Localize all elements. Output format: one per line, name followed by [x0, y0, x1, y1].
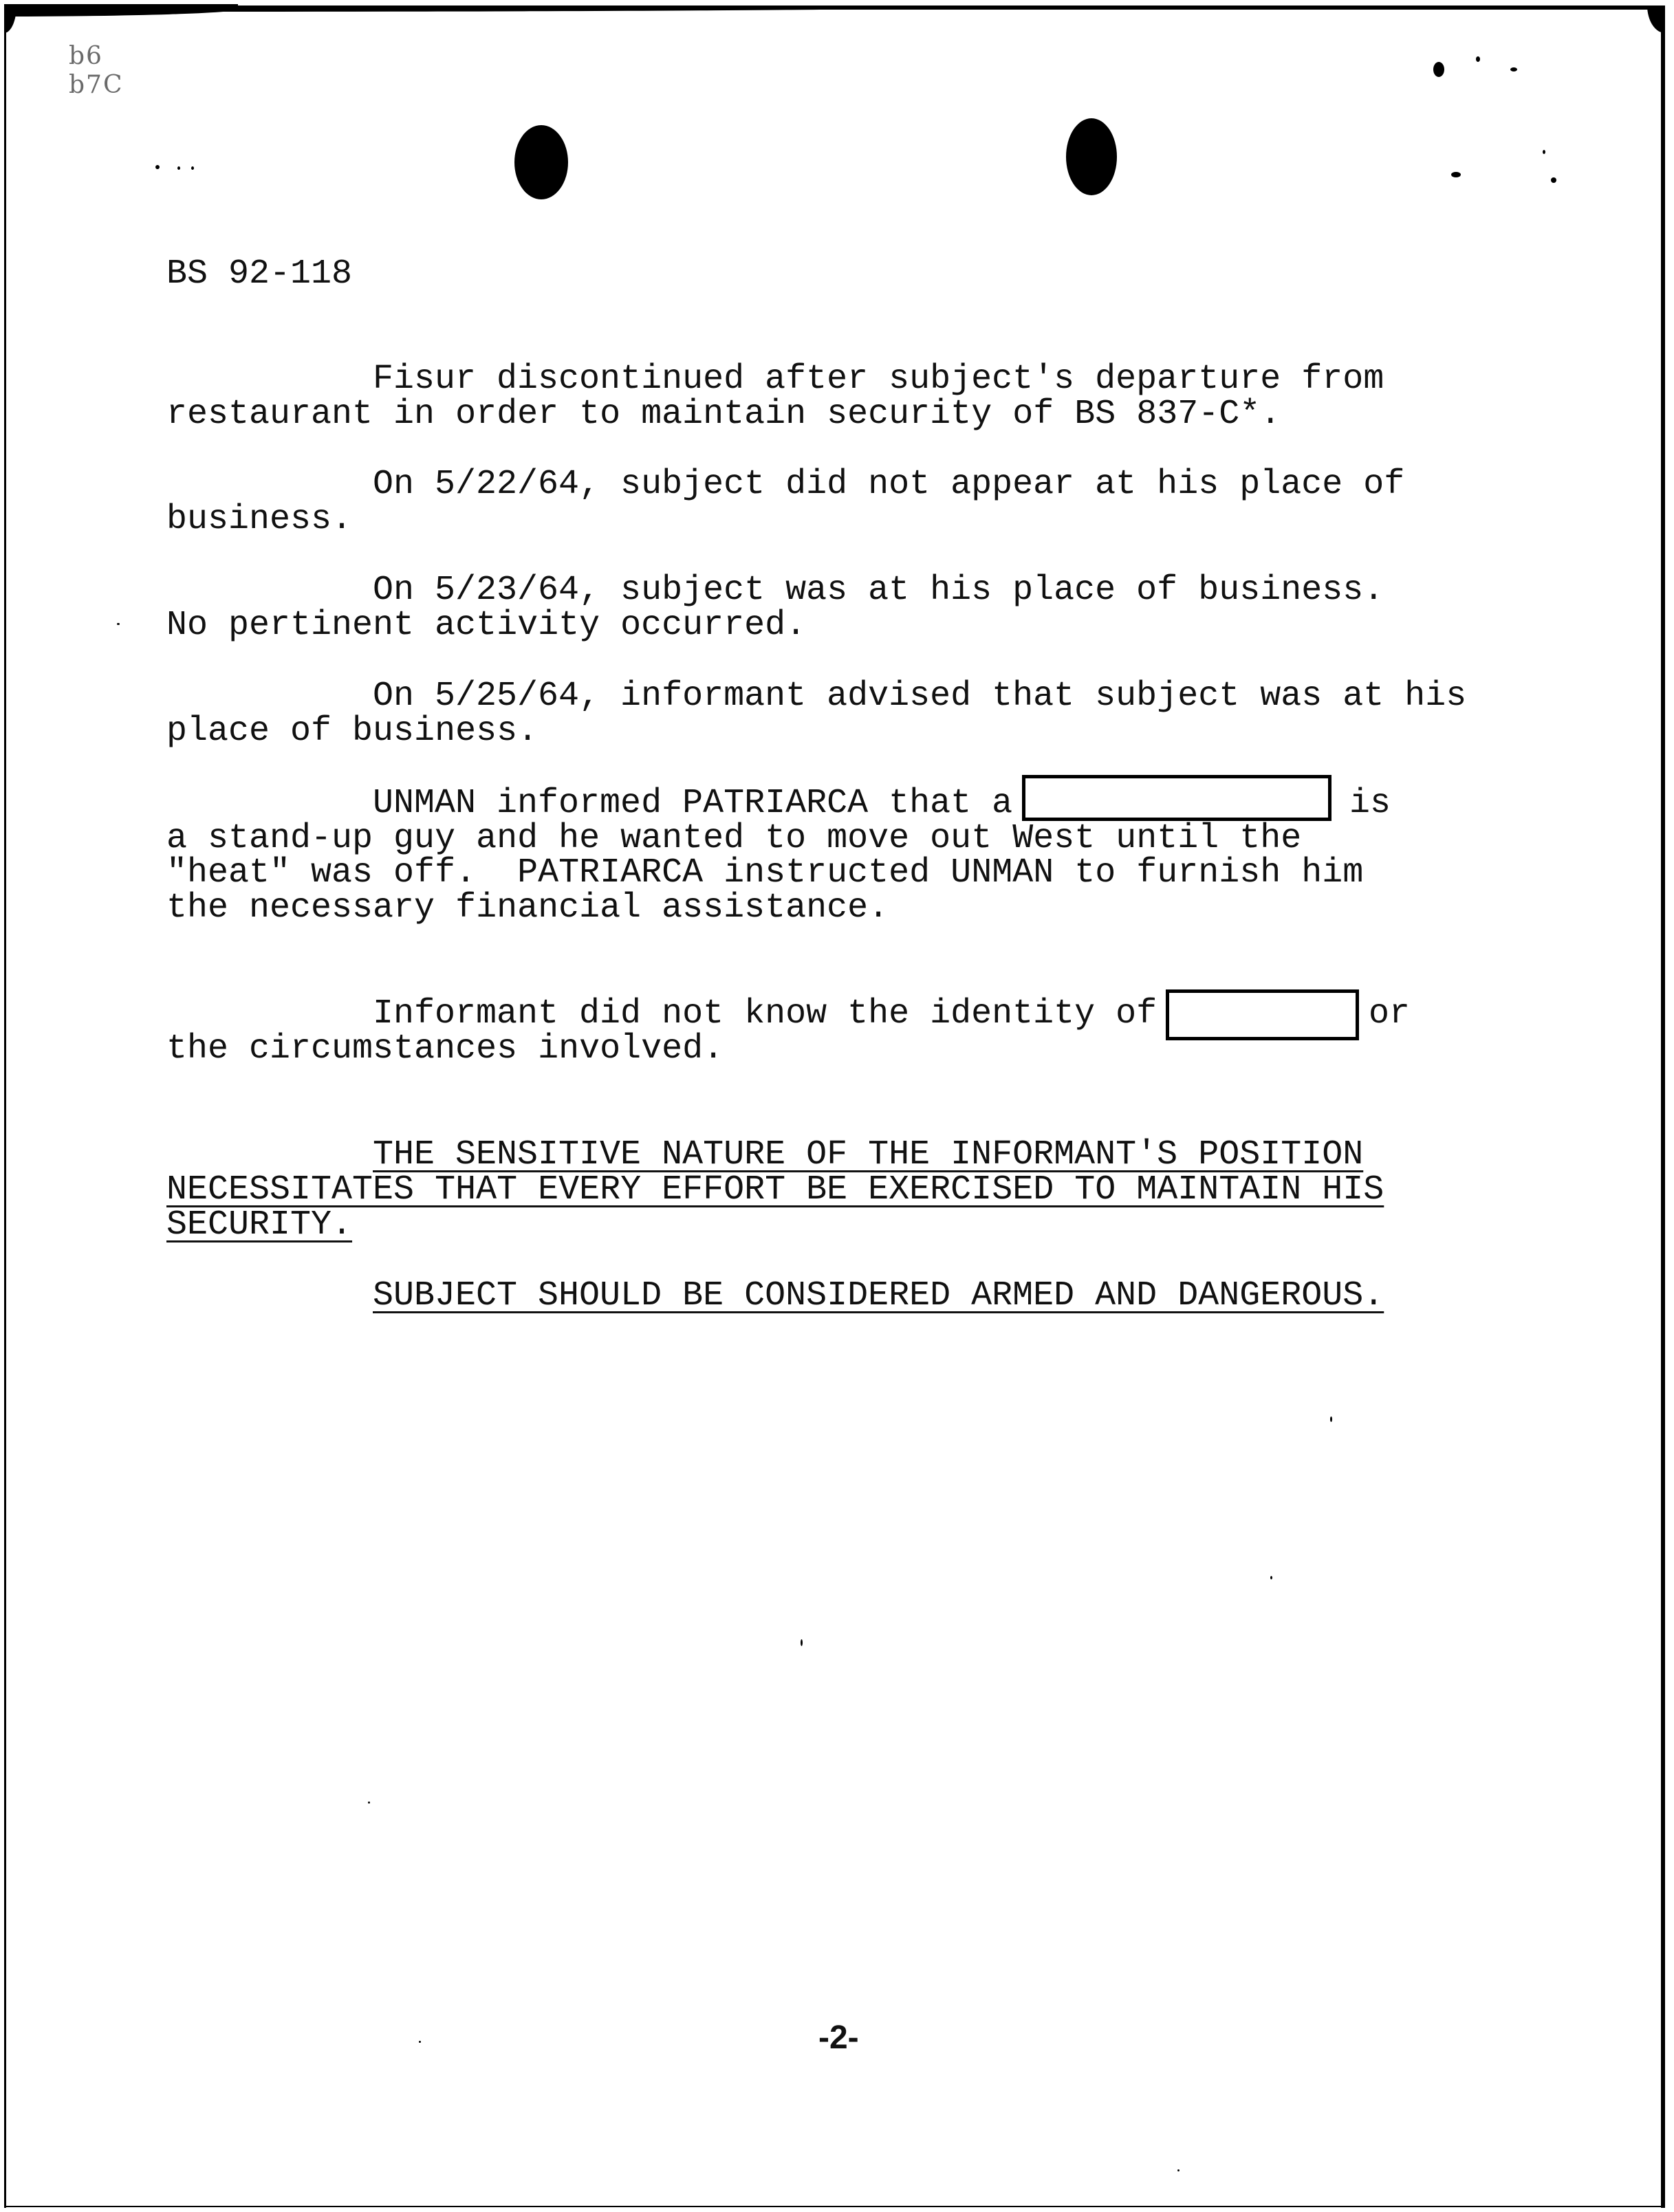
scan-speck [1510, 67, 1517, 72]
redaction-box [1166, 989, 1359, 1040]
exemption-code-b6: b6 [69, 43, 103, 70]
scan-speck [801, 1639, 803, 1646]
paragraph-5-line-3: "heat" was off. PATRIARCA instructed UNM… [166, 855, 1363, 890]
paragraph-5-line-1-continued: is [1349, 786, 1391, 821]
paragraph-2-line-1: On 5/22/64, subject did not appear at hi… [373, 467, 1404, 502]
paragraph-1-line-2: restaurant in order to maintain security… [166, 397, 1281, 432]
security-notice-line-3: SECURITY. [166, 1207, 352, 1242]
scan-edge-top-shadow [206, 6, 963, 12]
scan-speck [1551, 177, 1556, 183]
file-number: BS 92-118 [166, 256, 352, 292]
scan-speck [368, 1802, 370, 1804]
redaction-box [1022, 775, 1331, 821]
punch-hole [514, 125, 568, 199]
paragraph-6-line-1-continued: or [1369, 996, 1410, 1031]
scan-speck [1476, 56, 1480, 62]
page-number: -2- [818, 2020, 859, 2055]
scan-speck [1270, 1576, 1272, 1579]
punch-hole [1066, 118, 1117, 195]
paragraph-5-line-4: the necessary financial assistance. [166, 890, 889, 926]
scan-edge-top-shadow [4, 4, 238, 17]
scan-edge-right [1661, 6, 1665, 2208]
scan-speck [1177, 2169, 1180, 2171]
scan-edge-corner [4, 6, 17, 33]
paragraph-6-line-2: the circumstances involved. [166, 1031, 724, 1066]
security-notice-line-2: NECESSITATES THAT EVERY EFFORT BE EXERCI… [166, 1172, 1384, 1207]
armed-dangerous-warning: SUBJECT SHOULD BE CONSIDERED ARMED AND D… [373, 1278, 1384, 1313]
scan-speck [1451, 172, 1461, 177]
paragraph-4-line-2: place of business. [166, 714, 538, 749]
scan-edge-left [4, 6, 6, 2208]
paragraph-2-line-2: business. [166, 502, 352, 537]
exemption-code-b7c: b7C [69, 72, 124, 99]
paragraph-4-line-1: On 5/25/64, informant advised that subje… [373, 679, 1466, 714]
paragraph-5-line-1: UNMAN informed PATRIARCA that a [373, 786, 1012, 821]
scan-speck [191, 166, 194, 170]
scan-speck [1330, 1416, 1332, 1422]
scan-speck [419, 2041, 421, 2043]
scan-edge-bottom [4, 2206, 1665, 2207]
scan-edge-corner [1647, 6, 1665, 33]
scan-speck [117, 623, 120, 625]
scan-speck [177, 166, 180, 170]
paragraph-6-line-1: Informant did not know the identity of [373, 996, 1157, 1031]
security-notice-line-1: THE SENSITIVE NATURE OF THE INFORMANT'S … [373, 1137, 1363, 1172]
document-page: b6 b7C BS 92-118 Fisur discontinued afte… [0, 0, 1674, 2212]
scan-speck [1543, 150, 1545, 154]
paragraph-1-line-1: Fisur discontinued after subject's depar… [373, 362, 1384, 397]
scan-speck [1433, 62, 1444, 77]
scan-speck [155, 165, 160, 169]
paragraph-3-line-1: On 5/23/64, subject was at his place of … [373, 573, 1384, 608]
paragraph-5-line-2: a stand-up guy and he wanted to move out… [166, 821, 1301, 856]
paragraph-3-line-2: No pertinent activity occurred. [166, 608, 806, 643]
